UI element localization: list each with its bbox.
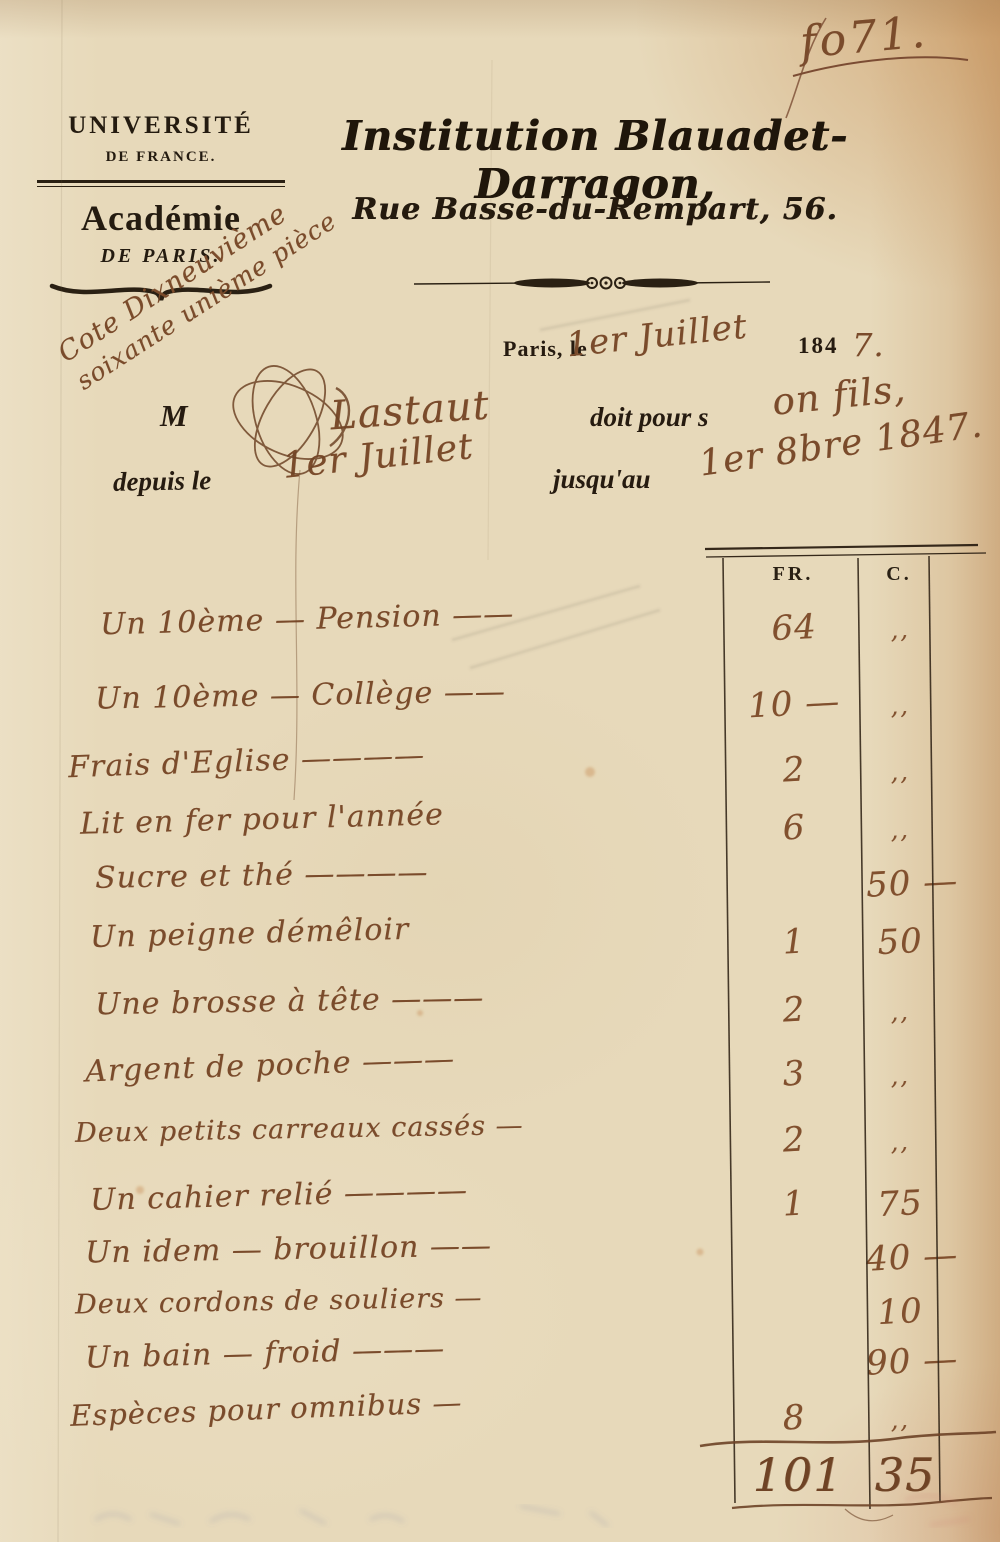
item-label: Lit en fer pour l'année [80, 797, 445, 842]
item-label: Argent de poche ——— [85, 1042, 456, 1090]
item-label: Un bain — froid ——— [85, 1331, 446, 1375]
item-label: Un cahier relié ———— [90, 1173, 469, 1218]
item-label: Une brosse à tête ——— [95, 981, 485, 1023]
item-label: Un 10ème — Pension —— [100, 597, 515, 643]
item-amount-centimes: ,, [865, 1404, 934, 1436]
item-amount-centimes: ,, [865, 690, 934, 722]
item-amount-francs: 64 [729, 605, 859, 652]
item-amount-centimes: 90 — [865, 1340, 935, 1384]
document-page: fo71. UNIVERSITÉ DE FRANCE. Académie DE … [0, 0, 1000, 1542]
item-amount-francs: 2 [729, 747, 859, 794]
item-amount-centimes: 10 [865, 1290, 935, 1334]
item-amount-centimes: ,, [865, 1060, 934, 1092]
item-amount-francs: 10 — [729, 681, 859, 728]
item-amount-francs: 2 [729, 987, 859, 1034]
item-amount-francs: 2 [729, 1117, 859, 1164]
item-amount-centimes: 40 — [865, 1236, 935, 1280]
items-layer: Un 10ème — Pension ——64,,Un 10ème — Coll… [0, 0, 1000, 1542]
item-amount-centimes: 75 [865, 1182, 935, 1226]
item-label: Espèces pour omnibus — [70, 1385, 463, 1433]
item-label: Deux cordons de souliers — [75, 1282, 483, 1320]
item-label: Un peigne démêloir [90, 912, 410, 955]
total-francs: 101 [733, 1448, 863, 1502]
item-label: Deux petits carreaux cassés — [75, 1110, 524, 1149]
item-amount-centimes: ,, [865, 996, 934, 1028]
item-amount-centimes: 50 [865, 920, 935, 964]
item-amount-francs: 1 [729, 919, 859, 966]
item-label: Sucre et thé ———— [95, 855, 429, 896]
item-amount-centimes: ,, [865, 614, 934, 646]
item-label: Un idem — brouillon —— [85, 1228, 492, 1270]
item-amount-centimes: ,, [865, 1126, 934, 1158]
item-amount-francs: 1 [729, 1181, 859, 1228]
item-label: Frais d'Eglise ———— [67, 738, 425, 785]
total-centimes: 35 [866, 1448, 944, 1502]
item-amount-centimes: ,, [865, 756, 934, 788]
item-amount-francs: 6 [729, 805, 859, 852]
item-amount-francs: 3 [729, 1051, 859, 1098]
item-amount-centimes: 50 — [865, 862, 935, 906]
item-amount-centimes: ,, [865, 814, 934, 846]
item-label: Un 10ème — Collège —— [95, 674, 506, 716]
item-amount-francs: 8 [729, 1395, 859, 1442]
